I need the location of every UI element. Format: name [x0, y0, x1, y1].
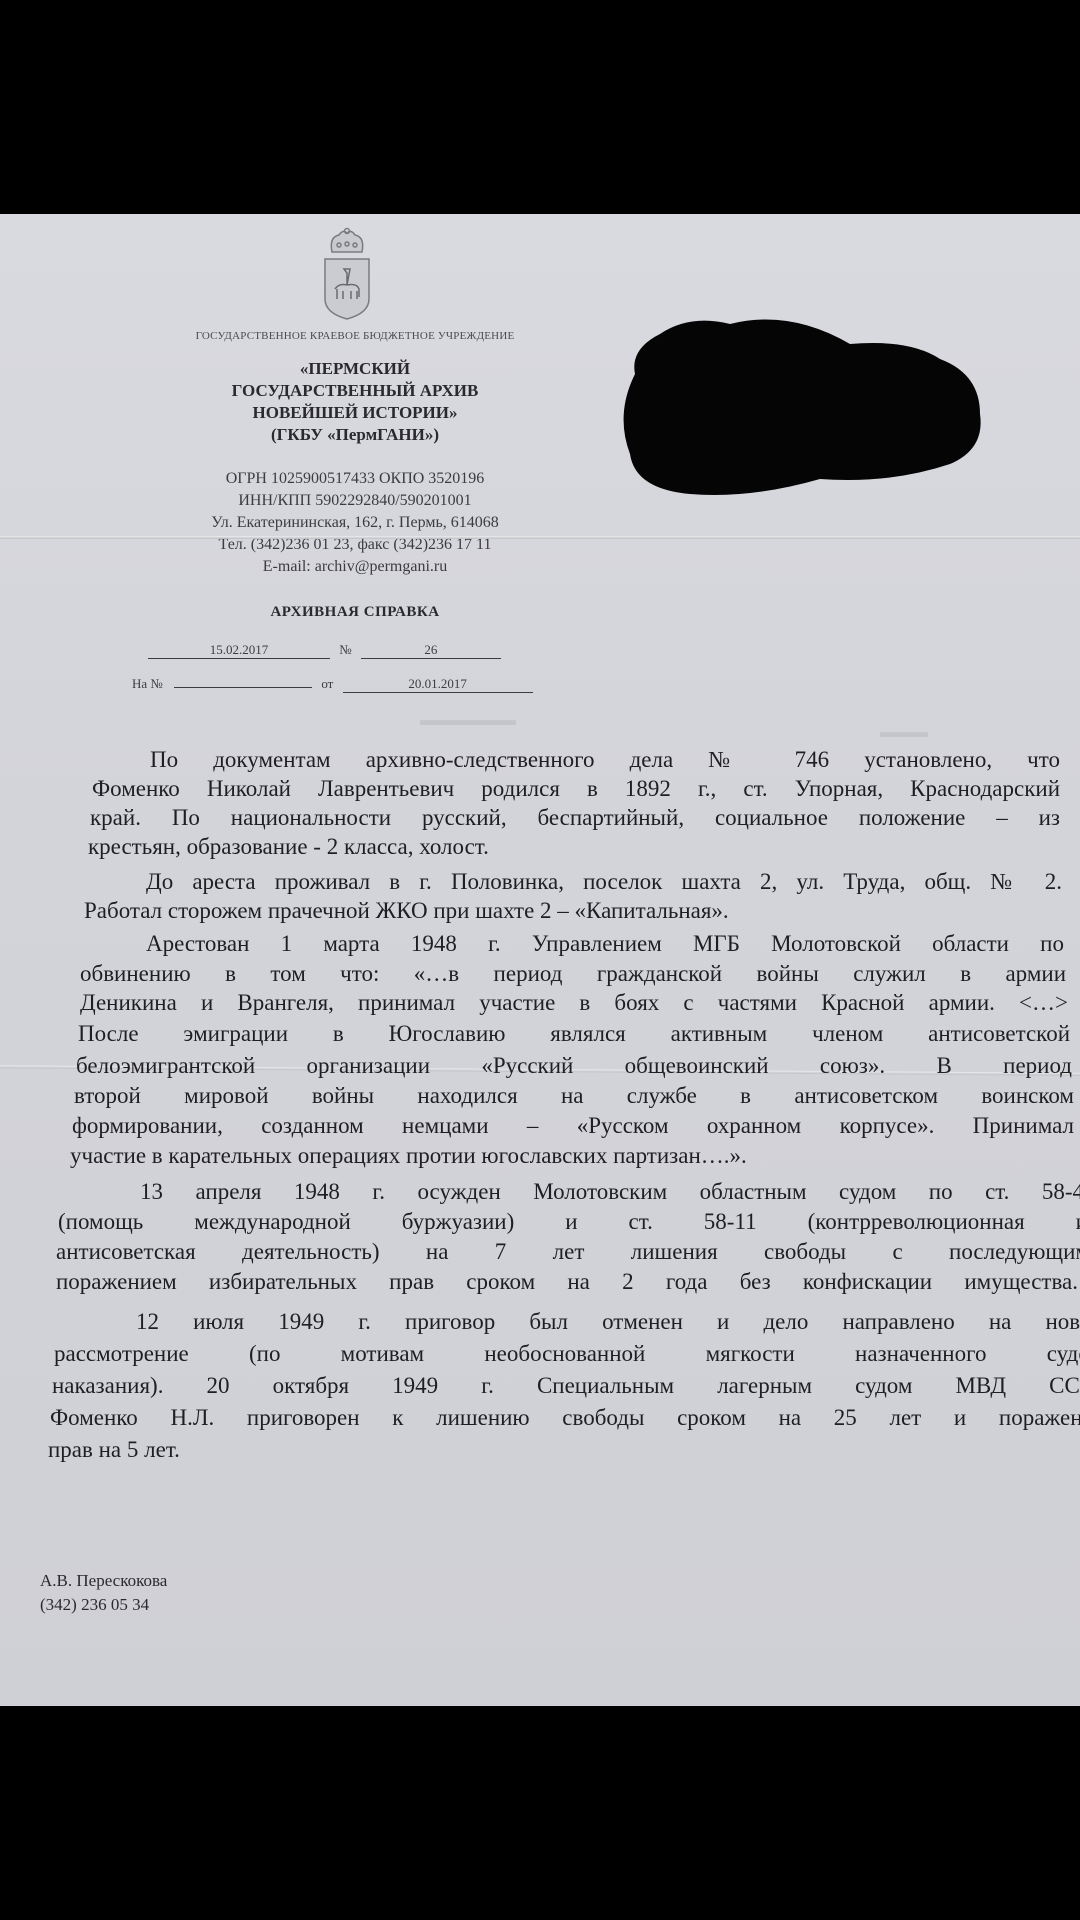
institution-type: ГОСУДАРСТВЕННОЕ КРАЕВОЕ БЮДЖЕТНОЕ УЧРЕЖД…	[140, 330, 570, 342]
body-line: поражением избирательных прав сроком на …	[56, 1268, 1078, 1297]
body-line: рассмотрение (по мотивам необоснованной …	[54, 1340, 1080, 1369]
signature-block: А.В. Перескокова (342) 236 05 34	[40, 1569, 167, 1617]
ref-from-label: от	[321, 676, 333, 691]
ogrn-okpo: ОГРН 1025900517433 ОКПО 3520196	[150, 468, 560, 490]
body-line: формировании, созданном немцами – «Русск…	[72, 1112, 1074, 1141]
body-line: После эмиграции в Югославию являлся акти…	[78, 1020, 1070, 1049]
body-line: (помощь международной буржуазии) и ст. 5…	[58, 1208, 1080, 1237]
body-line: По документам архивно-следственного дела…	[150, 746, 1060, 775]
reference-row: На № от 20.01.2017	[132, 676, 533, 693]
body-line: Фоменко Н.Л. приговорен к лишению свобод…	[50, 1404, 1080, 1433]
institution-name-line: (ГКБУ «ПермГАНИ»)	[150, 424, 560, 446]
document-number: 26	[361, 642, 501, 659]
redaction-mark	[620, 314, 990, 504]
body-line: второй мировой войны находился на службе…	[74, 1082, 1074, 1111]
body-line: До ареста проживал в г. Половинка, посел…	[146, 868, 1062, 897]
body-line: Работал сторожем прачечной ЖКО при шахте…	[84, 897, 729, 926]
ref-date: 20.01.2017	[343, 676, 533, 693]
institution-name-line: НОВЕЙШЕЙ ИСТОРИИ»	[150, 402, 560, 424]
executor-phone: (342) 236 05 34	[40, 1593, 167, 1617]
ref-label: На №	[132, 676, 163, 691]
body-line: крестьян, образование - 2 класса, холост…	[88, 833, 489, 862]
body-line: Деникина и Врангеля, принимал участие в …	[80, 989, 1068, 1018]
body-line: Фоменко Николай Лаврентьевич родился в 1…	[92, 775, 1060, 804]
bleed-through-text: ▬▬▬	[880, 724, 928, 742]
institution-name: «ПЕРМСКИЙ ГОСУДАРСТВЕННЫЙ АРХИВ НОВЕЙШЕЙ…	[150, 358, 560, 446]
paper-fold	[0, 536, 1080, 539]
body-line: 13 апреля 1948 г. осужден Молотовским об…	[140, 1178, 1080, 1207]
body-line: белоэмигрантской организации «Русский об…	[76, 1052, 1072, 1081]
body-line: Арестован 1 марта 1948 г. Управлением МГ…	[146, 930, 1064, 959]
address: Ул. Екатерининская, 162, г. Пермь, 61406…	[150, 512, 560, 534]
body-line: прав на 5 лет.	[48, 1436, 180, 1465]
perm-coat-of-arms-icon	[317, 227, 377, 322]
body-line: антисоветская деятельность) на 7 лет лиш…	[56, 1238, 1080, 1267]
body-line: край. По национальности русский, беспарт…	[90, 804, 1060, 833]
body-line: 12 июля 1949 г. приговор был отменен и д…	[136, 1308, 1080, 1337]
bleed-through-text: ▬▬▬▬▬▬	[420, 712, 516, 730]
inn-kpp: ИНН/КПП 5902292840/590201001	[150, 490, 560, 512]
body-line: участие в карательных операциях протии ю…	[70, 1142, 747, 1171]
ref-number	[174, 687, 312, 688]
document-title: АРХИВНАЯ СПРАВКА	[150, 604, 560, 621]
institution-requisites: ОГРН 1025900517433 ОКПО 3520196 ИНН/КПП …	[150, 468, 560, 578]
institution-name-line: ГОСУДАРСТВЕННЫЙ АРХИВ	[150, 380, 560, 402]
body-line: наказания). 20 октября 1949 г. Специальн…	[52, 1372, 1080, 1401]
number-label: №	[339, 642, 351, 657]
executor-name: А.В. Перескокова	[40, 1569, 167, 1593]
archive-document-page: ГОСУДАРСТВЕННОЕ КРАЕВОЕ БЮДЖЕТНОЕ УЧРЕЖД…	[0, 214, 1080, 1706]
email: E-mail: archiv@permgani.ru	[150, 556, 560, 578]
body-line: обвинению в том что: «…в период гражданс…	[80, 960, 1066, 989]
document-date: 15.02.2017	[148, 642, 330, 659]
registration-row: 15.02.2017 № 26	[148, 642, 501, 659]
institution-name-line: «ПЕРМСКИЙ	[150, 358, 560, 380]
